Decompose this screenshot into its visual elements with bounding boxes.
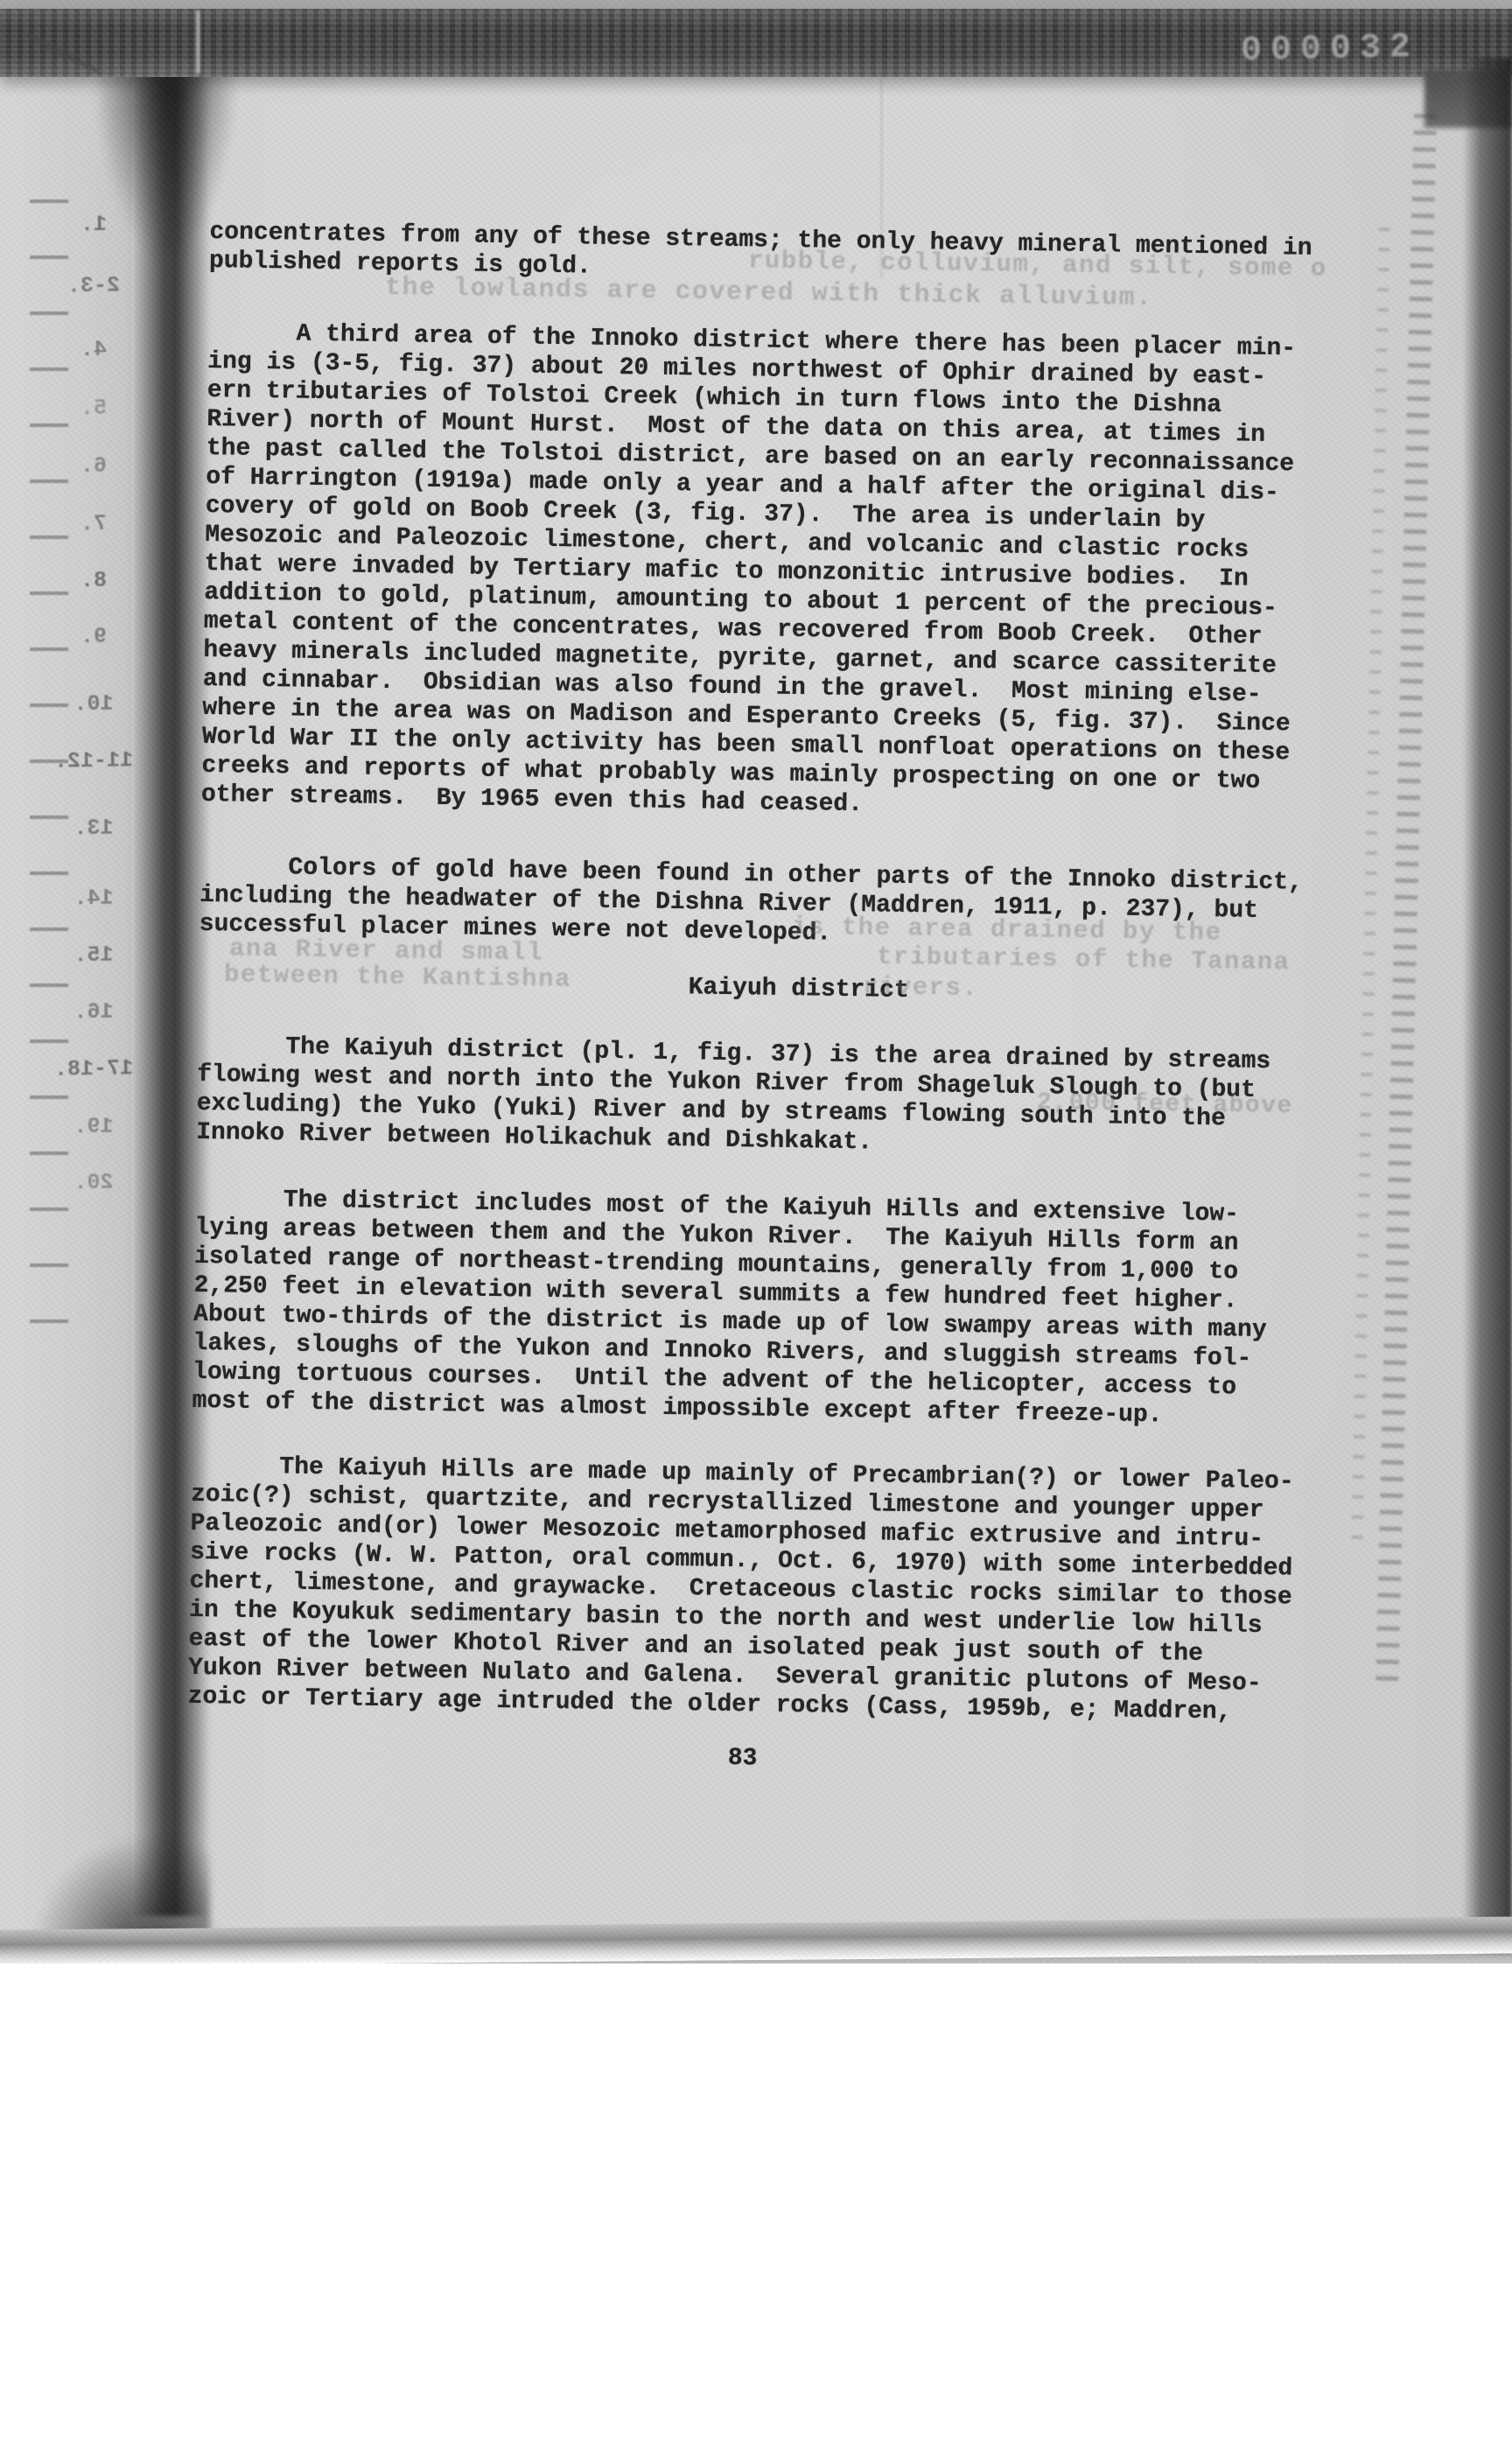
margin-number-bleed: 10.	[45, 690, 142, 717]
margin-number-bleed: 2-3.	[45, 272, 142, 299]
margin-number-bleed: 16.	[45, 998, 142, 1025]
margin-number-bleed: 9.	[45, 623, 142, 650]
margin-number-bleed: 6.	[45, 452, 142, 479]
scanned-page-photo: 000032 Kaiyuh district 83 concentrates f…	[0, 0, 1512, 1963]
photo-bottom-edge	[0, 1916, 1512, 1963]
typed-text-block: Kaiyuh district 83 concentrates from any…	[186, 201, 1356, 1819]
ghost-text-line: is the area drained by the	[792, 913, 1222, 948]
page-edge-highlight	[196, 10, 200, 73]
ghost-text-line: rivers.	[863, 972, 979, 1003]
margin-number-bleed: 13.	[45, 815, 142, 842]
ghost-text-line: between the Kantishna	[224, 960, 571, 994]
margin-number-bleed: 20.	[45, 1169, 142, 1196]
serial-number-stamp: 000032	[1241, 28, 1420, 71]
margin-number-bleed: 1.	[45, 211, 142, 238]
margin-number-bleed: 11-12.	[45, 747, 142, 774]
margin-number-bleed: 4.	[45, 336, 142, 363]
scan-background	[0, 1963, 1512, 2450]
ghost-text-line: tributaries of the Tanana	[877, 942, 1291, 977]
ghost-text-line: 2,000 feet above	[1037, 1089, 1293, 1120]
binding-stitch-ticks	[30, 199, 68, 1372]
page-number: 83	[187, 1737, 1298, 1781]
margin-number-bleed: 7.	[45, 510, 142, 537]
paragraph: The Kaiyuh Hills are made up mainly of P…	[187, 1452, 1293, 1729]
margin-number-bleed: 15.	[45, 941, 142, 969]
margin-number-bleed: 5.	[45, 395, 142, 422]
margin-number-bleed: 8.	[45, 567, 142, 594]
margin-number-bleed: 17-18.	[45, 1055, 142, 1082]
book-right-edge-band	[1463, 58, 1512, 1953]
margin-number-bleed: 19.	[45, 1113, 142, 1140]
paragraph: The district includes most of the Kaiyuh…	[192, 1186, 1268, 1432]
margin-number-bleed: 14.	[45, 885, 142, 912]
paragraph: A third area of the Innoko district wher…	[201, 319, 1297, 826]
